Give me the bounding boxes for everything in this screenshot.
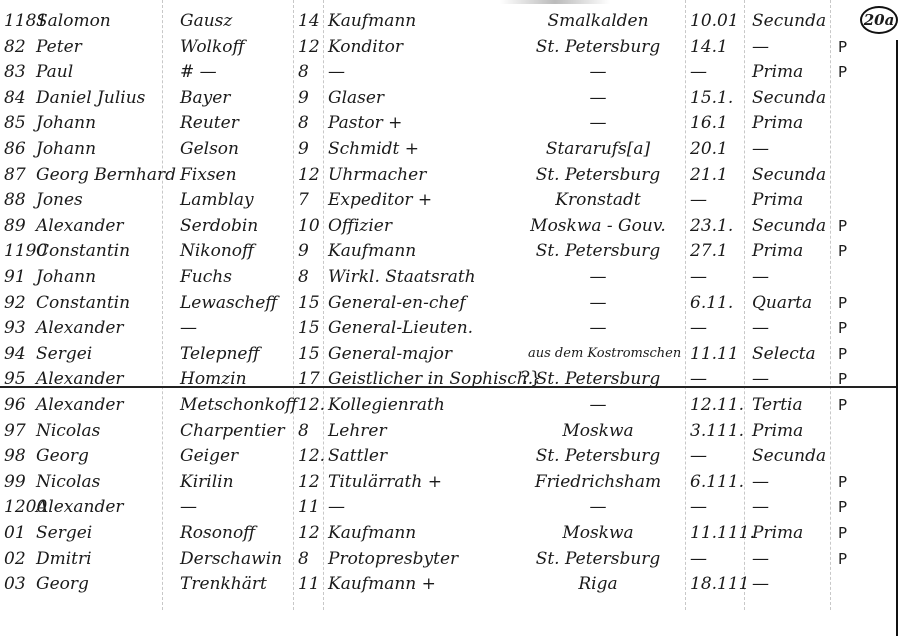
- first-name: Alexander: [36, 366, 124, 392]
- birthplace: Moskwa: [528, 520, 668, 546]
- first-name: Johann: [36, 264, 96, 290]
- first-name: Constantin: [36, 238, 130, 264]
- entry-number: 89: [4, 213, 32, 239]
- p-mark: P: [838, 315, 847, 341]
- father-occupation: Kaufmann: [328, 8, 416, 34]
- first-name: Constantin: [36, 290, 130, 316]
- age: 10: [298, 213, 322, 239]
- table-row: 03GeorgTrenkhärt11Kaufmann +Riga18.111—: [0, 571, 898, 597]
- table-row: 1200Alexander—11————P: [0, 494, 898, 520]
- father-occupation: Wirkl. Staatsrath: [328, 264, 476, 290]
- class-level: Prima: [752, 110, 824, 136]
- birthplace: St. Petersburg: [528, 34, 668, 60]
- class-level: —: [752, 469, 824, 495]
- age: 14: [298, 8, 322, 34]
- age: 12.: [298, 443, 322, 469]
- p-mark: P: [838, 238, 847, 264]
- first-name: Alexander: [36, 315, 124, 341]
- entry-number: 03: [4, 571, 32, 597]
- table-row: 89AlexanderSerdobin10OffizierMoskwa - Go…: [0, 213, 898, 239]
- entry-number: 1200: [4, 494, 32, 520]
- father-occupation: —: [328, 494, 345, 520]
- entry-number: 83: [4, 59, 32, 85]
- age: 8: [298, 59, 322, 85]
- table-row: 88JonesLamblay7Expeditor +Kronstadt—Prim…: [0, 187, 898, 213]
- first-name: Alexander: [36, 213, 124, 239]
- birthplace: —: [528, 315, 668, 341]
- class-level: —: [752, 34, 824, 60]
- last-name: Nikonoff: [180, 238, 254, 264]
- father-occupation: General-en-chef: [328, 290, 466, 316]
- p-mark: P: [838, 213, 847, 239]
- entry-number: 88: [4, 187, 32, 213]
- last-name: Charpentier: [180, 418, 285, 444]
- birthplace: Friedrichsham: [528, 469, 668, 495]
- entry-number: 02: [4, 546, 32, 572]
- last-name: Metschonkoff: [180, 392, 297, 418]
- entry-number: 86: [4, 136, 32, 162]
- class-level: Prima: [752, 187, 824, 213]
- first-name: Johann: [36, 110, 96, 136]
- entry-number: 93: [4, 315, 32, 341]
- p-mark: P: [838, 546, 847, 572]
- birthplace: Smalkalden: [528, 8, 668, 34]
- last-name: # —: [180, 59, 217, 85]
- entry-number: 99: [4, 469, 32, 495]
- admission-date: —: [690, 546, 740, 572]
- table-row: 97NicolasCharpentier8LehrerMoskwa3.111.P…: [0, 418, 898, 444]
- table-row: 83Paul# —8———PrimaP: [0, 59, 898, 85]
- birthplace: St. Petersburg: [528, 366, 668, 392]
- admission-date: —: [690, 443, 740, 469]
- table-row: 02DmitriDerschawin8ProtopresbyterSt. Pet…: [0, 546, 898, 572]
- birthplace: St. Petersburg: [528, 546, 668, 572]
- first-name: Alexander: [36, 392, 124, 418]
- last-name: Geiger: [180, 443, 238, 469]
- p-mark: P: [838, 469, 847, 495]
- first-name: Dmitri: [36, 546, 92, 572]
- admission-date: —: [690, 366, 740, 392]
- p-mark: P: [838, 494, 847, 520]
- father-occupation: Glaser: [328, 85, 384, 111]
- father-occupation: Geistlicher in Sophisch.: [328, 366, 533, 392]
- age: 9: [298, 238, 322, 264]
- admission-date: 21.1: [690, 162, 740, 188]
- entry-number: 91: [4, 264, 32, 290]
- class-level: —: [752, 264, 824, 290]
- father-occupation: Kaufmann: [328, 238, 416, 264]
- father-occupation: Protopresbyter: [328, 546, 458, 572]
- entry-number: 1190: [4, 238, 32, 264]
- birthplace: Moskwa: [528, 418, 668, 444]
- age: 17: [298, 366, 322, 392]
- father-occupation: Kaufmann +: [328, 571, 436, 597]
- admission-date: —: [690, 264, 740, 290]
- birthplace: —: [528, 264, 668, 290]
- age: 15: [298, 341, 322, 367]
- class-level: —: [752, 366, 824, 392]
- class-level: —: [752, 315, 824, 341]
- last-name: Fixsen: [180, 162, 237, 188]
- table-row: 85JohannReuter8Pastor +—16.1Prima: [0, 110, 898, 136]
- father-occupation: Sattler: [328, 443, 387, 469]
- age: 12: [298, 34, 322, 60]
- last-name: Gausz: [180, 8, 232, 34]
- p-mark: P: [838, 34, 847, 60]
- admission-date: 16.1: [690, 110, 740, 136]
- p-mark: P: [838, 520, 847, 546]
- table-row: 99NicolasKirilin12Titulärrath +Friedrich…: [0, 469, 898, 495]
- birthplace: —: [528, 110, 668, 136]
- first-name: Georg: [36, 571, 89, 597]
- first-name: Georg: [36, 443, 89, 469]
- birthplace: aus dem Kostromschen: [528, 341, 668, 367]
- p-mark: P: [838, 290, 847, 316]
- last-name: Bayer: [180, 85, 230, 111]
- age: 8: [298, 110, 322, 136]
- admission-date: 6.111.: [690, 469, 740, 495]
- first-name: Peter: [36, 34, 82, 60]
- age: 12.: [298, 392, 322, 418]
- admission-date: —: [690, 494, 740, 520]
- admission-date: 6.11.: [690, 290, 740, 316]
- class-level: Selecta: [752, 341, 824, 367]
- last-name: Lewascheff: [180, 290, 277, 316]
- table-row: 1181SalomonGausz14KaufmannSmalkalden10.0…: [0, 8, 898, 34]
- p-mark: P: [838, 59, 847, 85]
- age: 15: [298, 290, 322, 316]
- last-name: Serdobin: [180, 213, 258, 239]
- father-occupation: Lehrer: [328, 418, 387, 444]
- table-row: 95AlexanderHomzin17Geistlicher in Sophis…: [0, 366, 898, 392]
- age: 11: [298, 571, 322, 597]
- first-name: Alexander: [36, 494, 124, 520]
- birthplace: Riga: [528, 571, 668, 597]
- class-level: Secunda: [752, 162, 824, 188]
- class-level: —: [752, 571, 824, 597]
- admission-date: 12.11.: [690, 392, 740, 418]
- register-page: 20a 1181SalomonGausz14KaufmannSmalkalden…: [0, 0, 898, 636]
- first-name: Sergei: [36, 341, 92, 367]
- first-name: Sergei: [36, 520, 92, 546]
- admission-date: 15.1.: [690, 85, 740, 111]
- father-occupation: —: [328, 59, 345, 85]
- birthplace: Kronstadt: [528, 187, 668, 213]
- admission-date: —: [690, 315, 740, 341]
- scan-artifact: [500, 0, 610, 4]
- last-name: Derschawin: [180, 546, 282, 572]
- entry-number: 87: [4, 162, 32, 188]
- table-row: 01SergeiRosonoff12KaufmannMoskwa11.111.P…: [0, 520, 898, 546]
- table-row: 98GeorgGeiger12.SattlerSt. Petersburg—Se…: [0, 443, 898, 469]
- birthplace: —: [528, 85, 668, 111]
- class-level: —: [752, 546, 824, 572]
- class-level: Secunda: [752, 443, 824, 469]
- first-name: Nicolas: [36, 418, 100, 444]
- admission-date: 23.1.: [690, 213, 740, 239]
- age: 12: [298, 469, 322, 495]
- father-occupation: Offizier: [328, 213, 392, 239]
- last-name: Fuchs: [180, 264, 232, 290]
- first-name: Jones: [36, 187, 83, 213]
- age: 9: [298, 136, 322, 162]
- birthplace: —: [528, 59, 668, 85]
- age: 7: [298, 187, 322, 213]
- first-name: Johann: [36, 136, 96, 162]
- table-row: 87Georg BernhardFixsen12UhrmacherSt. Pet…: [0, 162, 898, 188]
- last-name: Reuter: [180, 110, 239, 136]
- table-row: 93Alexander—15General-Lieuten.———P: [0, 315, 898, 341]
- table-row: 84Daniel JuliusBayer9Glaser—15.1.Secunda: [0, 85, 898, 111]
- first-name: Salomon: [36, 8, 111, 34]
- birthplace: Moskwa - Gouv.: [528, 213, 668, 239]
- entry-number: 92: [4, 290, 32, 316]
- admission-date: 10.01: [690, 8, 740, 34]
- father-occupation: General-Lieuten.: [328, 315, 473, 341]
- birthplace: —: [528, 494, 668, 520]
- father-occupation: Uhrmacher: [328, 162, 426, 188]
- table-row: 91JohannFuchs8Wirkl. Staatsrath———: [0, 264, 898, 290]
- table-row: 96AlexanderMetschonkoff12.Kollegienrath—…: [0, 392, 898, 418]
- entry-number: 84: [4, 85, 32, 111]
- birthplace: —: [528, 290, 668, 316]
- question-mark-annotation: ?}: [521, 368, 541, 388]
- father-occupation: Titulärrath +: [328, 469, 442, 495]
- age: 11: [298, 494, 322, 520]
- entry-number: 98: [4, 443, 32, 469]
- admission-date: 11.11: [690, 341, 740, 367]
- father-occupation: Kaufmann: [328, 520, 416, 546]
- class-level: Prima: [752, 520, 824, 546]
- age: 12: [298, 520, 322, 546]
- birthplace: St. Petersburg: [528, 238, 668, 264]
- table-row: 94SergeiTelepneff15General-majoraus dem …: [0, 341, 898, 367]
- admission-date: 3.111.: [690, 418, 740, 444]
- table-row: 82PeterWolkoff12KonditorSt. Petersburg14…: [0, 34, 898, 60]
- entry-number: 97: [4, 418, 32, 444]
- first-name: Daniel Julius: [36, 85, 145, 111]
- last-name: Gelson: [180, 136, 239, 162]
- father-occupation: General-major: [328, 341, 452, 367]
- class-level: Prima: [752, 59, 824, 85]
- father-occupation: Schmidt +: [328, 136, 419, 162]
- entry-number: 1181: [4, 8, 32, 34]
- first-name: Georg Bernhard: [36, 162, 176, 188]
- first-name: Paul: [36, 59, 73, 85]
- class-level: Prima: [752, 418, 824, 444]
- last-name: Lamblay: [180, 187, 254, 213]
- last-name: Trenkhärt: [180, 571, 267, 597]
- admission-date: 11.111.: [690, 520, 740, 546]
- admission-date: —: [690, 59, 740, 85]
- father-occupation: Konditor: [328, 34, 403, 60]
- class-level: —: [752, 136, 824, 162]
- age: 8: [298, 546, 322, 572]
- age: 9: [298, 85, 322, 111]
- admission-date: —: [690, 187, 740, 213]
- father-occupation: Expeditor +: [328, 187, 432, 213]
- age: 12: [298, 162, 322, 188]
- last-name: Telepneff: [180, 341, 260, 367]
- p-mark: P: [838, 341, 847, 367]
- admission-date: 14.1: [690, 34, 740, 60]
- class-level: —: [752, 494, 824, 520]
- class-level: Secunda: [752, 85, 824, 111]
- table-row: 92ConstantinLewascheff15General-en-chef—…: [0, 290, 898, 316]
- entry-number: 95: [4, 366, 32, 392]
- last-name: Kirilin: [180, 469, 234, 495]
- birthplace: —: [528, 392, 668, 418]
- table-row: 86JohannGelson9Schmidt +Stararufs[a]20.1…: [0, 136, 898, 162]
- entry-number: 82: [4, 34, 32, 60]
- class-level: Tertia: [752, 392, 824, 418]
- first-name: Nicolas: [36, 469, 100, 495]
- last-name: —: [180, 315, 197, 341]
- class-level: Quarta: [752, 290, 824, 316]
- admission-date: 18.111: [690, 571, 740, 597]
- last-name: Rosonoff: [180, 520, 255, 546]
- father-occupation: Kollegienrath: [328, 392, 445, 418]
- p-mark: P: [838, 366, 847, 392]
- last-name: Homzin: [180, 366, 247, 392]
- table-row: 1190ConstantinNikonoff9KaufmannSt. Peter…: [0, 238, 898, 264]
- entry-number: 96: [4, 392, 32, 418]
- admission-date: 27.1: [690, 238, 740, 264]
- age: 15: [298, 315, 322, 341]
- last-name: —: [180, 494, 197, 520]
- class-level: Prima: [752, 238, 824, 264]
- father-occupation: Pastor +: [328, 110, 402, 136]
- birthplace: St. Petersburg: [528, 162, 668, 188]
- age: 8: [298, 418, 322, 444]
- class-level: Secunda: [752, 213, 824, 239]
- age: 8: [298, 264, 322, 290]
- admission-date: 20.1: [690, 136, 740, 162]
- entry-number: 94: [4, 341, 32, 367]
- entry-number: 85: [4, 110, 32, 136]
- entry-number: 01: [4, 520, 32, 546]
- last-name: Wolkoff: [180, 34, 245, 60]
- class-level: Secunda: [752, 8, 824, 34]
- p-mark: P: [838, 392, 847, 418]
- birthplace: St. Petersburg: [528, 443, 668, 469]
- birthplace: Stararufs[a]: [528, 136, 668, 162]
- section-divider-line: [0, 386, 898, 388]
